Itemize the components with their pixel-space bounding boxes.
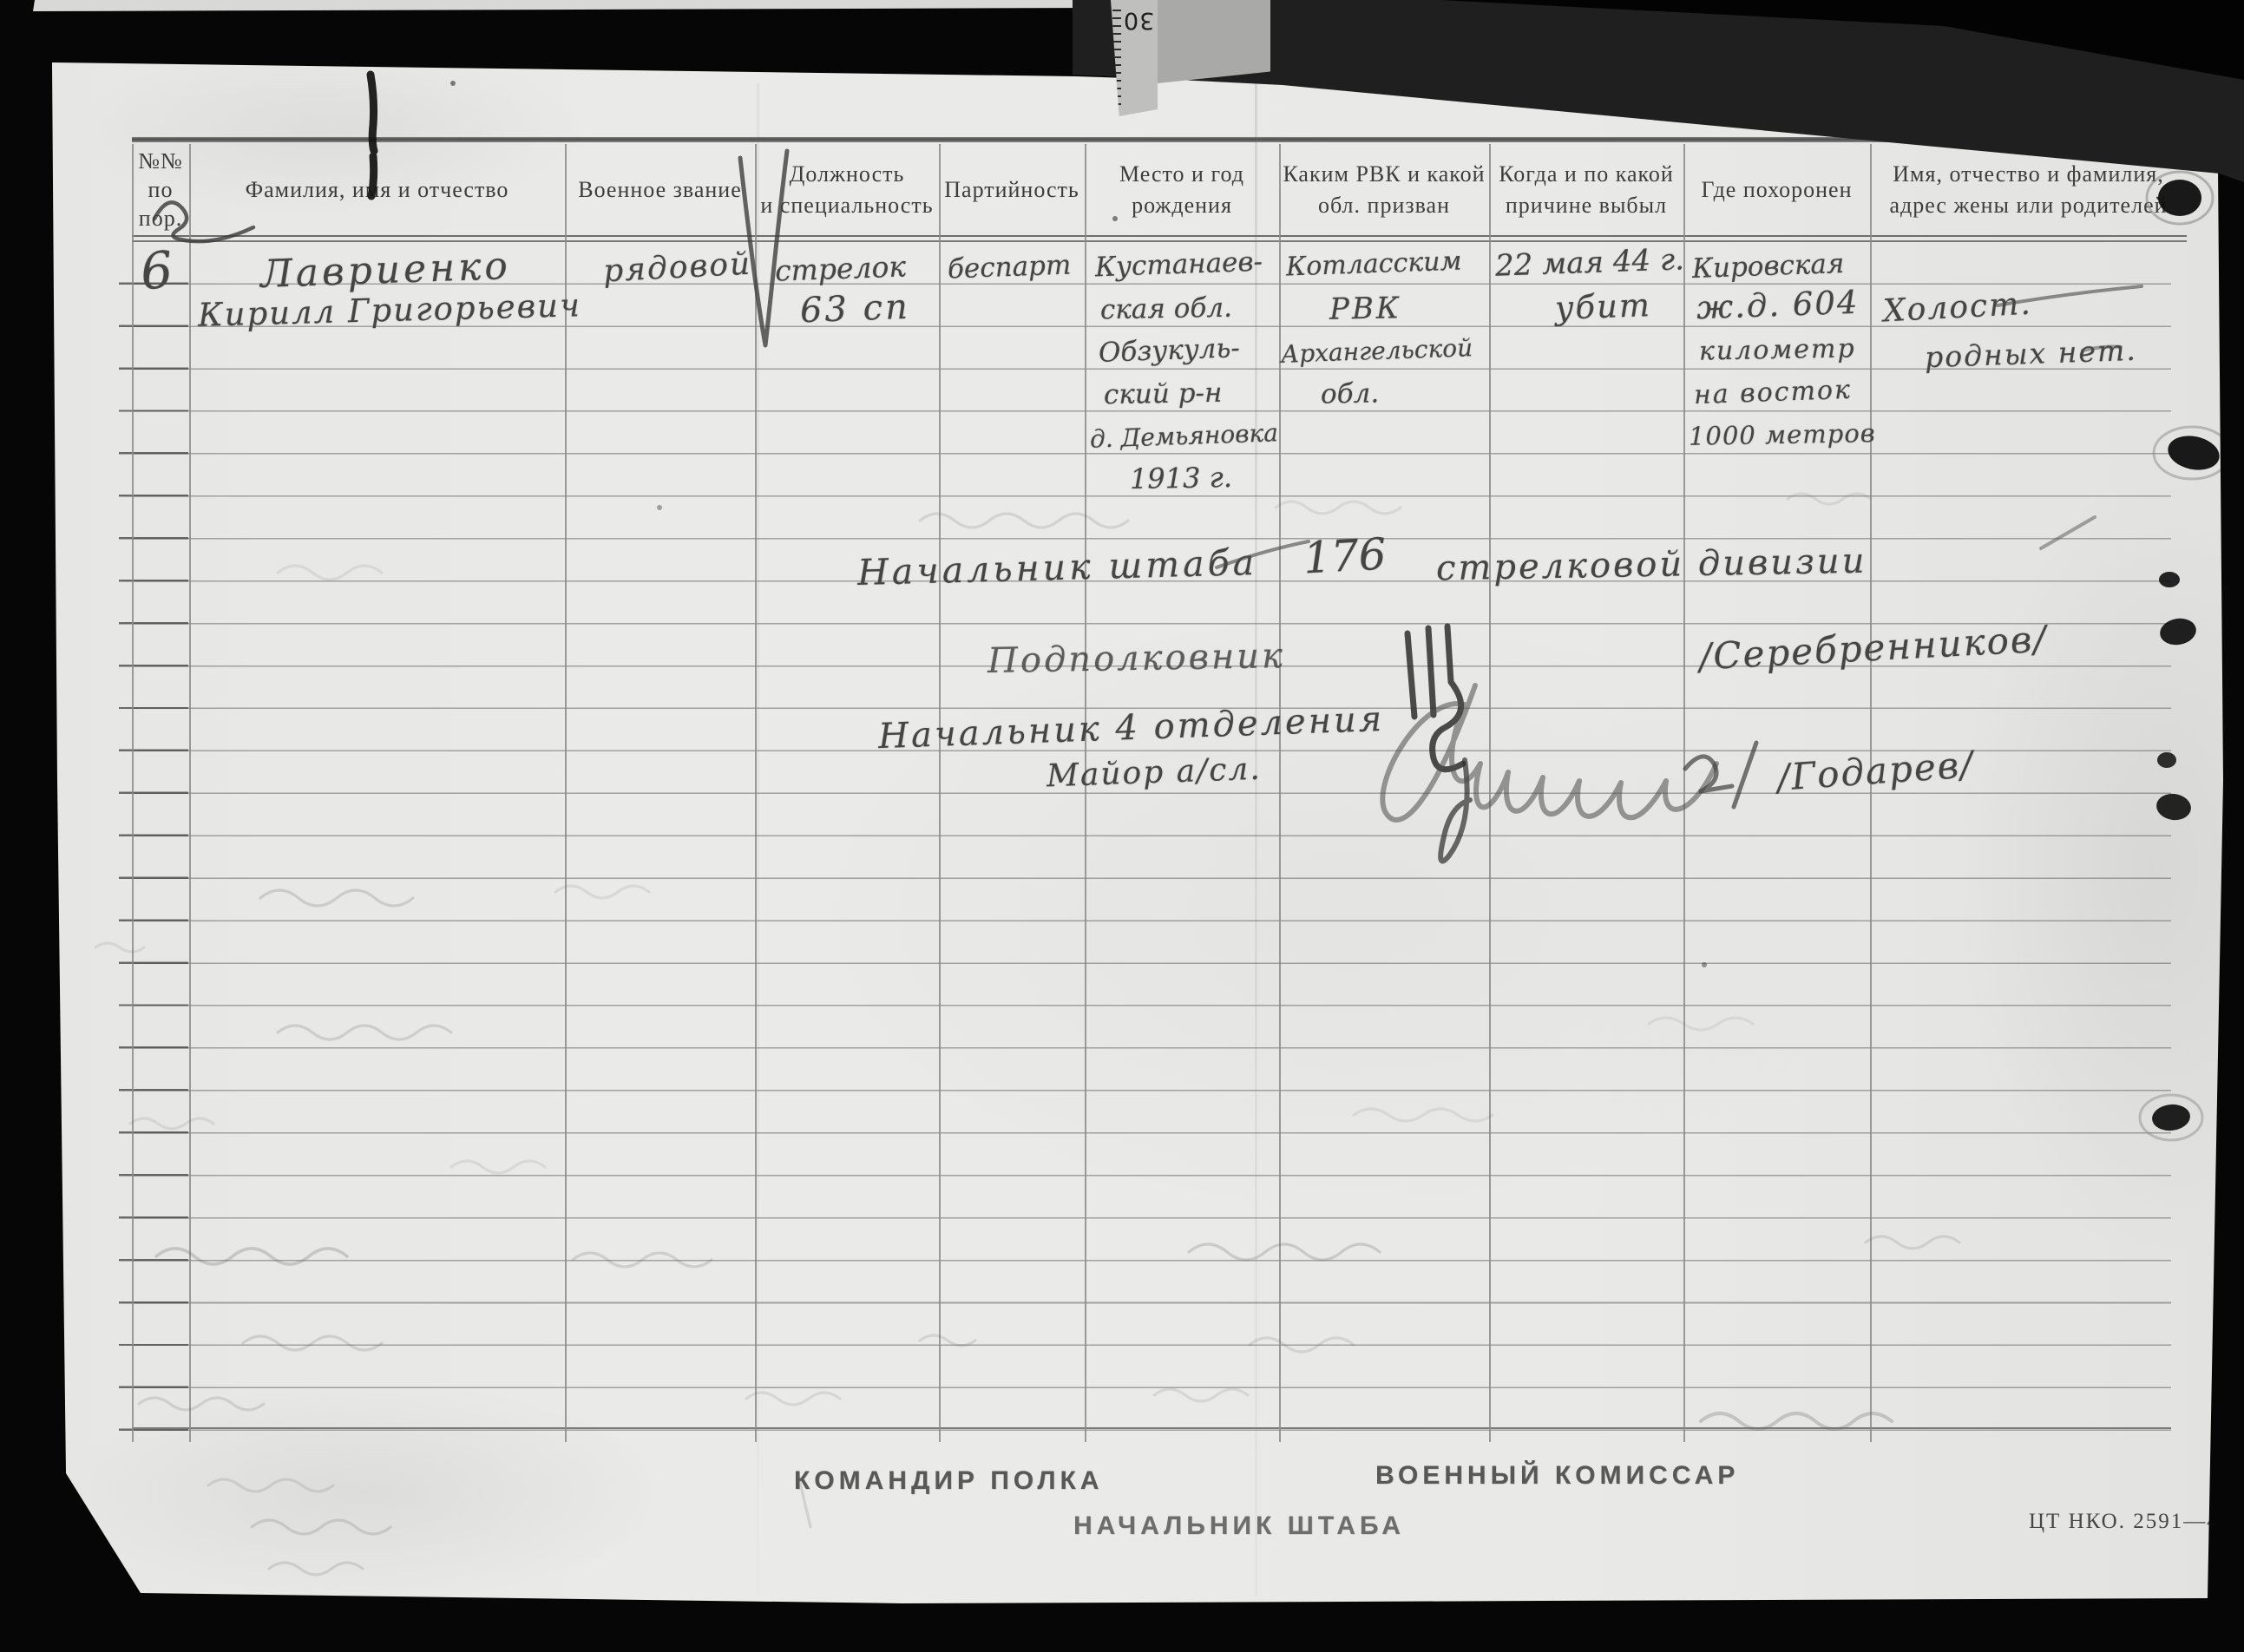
entry-burial-line: Кировская [1691,248,1845,285]
adjacent-sheet-edge [1158,0,1270,83]
header-row-number: №№ по пор. [132,144,189,235]
entry-burial-line: километр [1699,333,1856,366]
entry-birth-line: ская обл. [1100,292,1233,326]
footer-commander-label: КОМАНДИР ПОЛКА [794,1466,1103,1496]
entry-burial-line: ж.д. 604 [1696,284,1860,327]
footer-chief-of-staff-label: НАЧАЛЬНИК ШТАБА [1073,1511,1405,1541]
header-text: рождения [1132,190,1232,221]
header-text: и специальность [760,190,933,221]
column-line [565,144,567,1442]
header-rvk: Каким РВК и какой обл. призван [1279,144,1489,235]
header-text: Должность [790,159,905,190]
entry-party: беспарт [947,250,1071,285]
header-casualty: Когда и по какой причине выбыл [1489,144,1683,235]
entry-burial-line: 1000 метров [1689,418,1876,451]
column-line [1683,144,1685,1442]
header-text: Место и год [1119,159,1244,190]
header-text: Когда и по какой [1499,159,1674,190]
header-text: адрес жены или родителей [1889,190,2167,221]
entry-birth-line: ский р-н [1104,377,1223,410]
entry-birth-line: Обзукуль- [1098,332,1240,369]
table-row-ticks [119,242,188,1431]
header-text: Фамилия, имя и отчество [246,174,509,206]
header-text: обл. призван [1318,190,1450,221]
entry-birth-line: Кустанаев- [1094,246,1263,284]
entry-casualty-line: убит [1554,286,1651,327]
entry-casualty-line: 22 мая 44 г. [1494,242,1684,284]
column-line [1279,144,1281,1442]
header-separator-line [132,235,2187,237]
ruler-number-label: 30 [1123,7,1154,34]
header-burial: Где похоронен [1683,144,1870,235]
footer-commissar-label: ВОЕННЫЙ КОМИССАР [1375,1461,1739,1491]
entry-birth-line: 1913 г. [1130,461,1233,495]
header-text: №№ [138,147,183,175]
header-party: Партийность [939,144,1085,235]
column-line [939,144,941,1442]
signature-rank-1: Подполковник [987,636,1286,681]
entry-number: 6 [138,240,175,302]
ghost-scribble [252,1520,390,1534]
header-text: Где похоронен [1702,174,1853,206]
header-position: Должность и специальность [755,144,939,235]
entry-position-line1: стрелок [774,249,906,287]
entry-position-line2: 63 сп [799,287,910,331]
ghost-scribble [208,1479,333,1491]
form-code: ЦТ НКО. 2591—42 [2029,1510,2232,1534]
signature-unit-number: 176 [1302,529,1388,584]
ghost-scribble [269,1563,363,1575]
column-line [132,144,134,1442]
header-text: причине выбыл [1506,190,1667,221]
column-line [1870,144,1872,1442]
entry-rvk-line: РВК [1329,291,1402,326]
column-line [1489,144,1491,1442]
signature-rank-2: Майор а/сл. [1046,751,1262,795]
header-rank: Военное звание [565,144,755,235]
column-line [755,144,757,1442]
table-bottom-line [132,1427,2171,1429]
header-name: Фамилия, имя и отчество [189,144,565,235]
entry-burial-line: на восток [1693,375,1852,410]
paper-sheet: №№ по пор. Фамилия, имя и отчество Военн… [0,0,2244,1652]
header-text: по [148,175,174,204]
header-text: пор. [139,204,182,233]
header-birth: Место и год рождения [1085,144,1279,235]
header-text: Партийность [944,174,1079,206]
entry-rvk-line: обл. [1321,377,1380,410]
header-text: Каким РВК и какой [1283,159,1485,190]
scanned-casualty-register-page: №№ по пор. Фамилия, имя и отчество Военн… [0,0,2244,1652]
column-line [189,144,191,1442]
signature-unit-name: стрелковой дивизии [1436,541,1867,589]
header-text: Военное звание [578,174,742,206]
entry-rvk-line: Котласским [1285,246,1462,282]
column-line [1085,144,1086,1442]
